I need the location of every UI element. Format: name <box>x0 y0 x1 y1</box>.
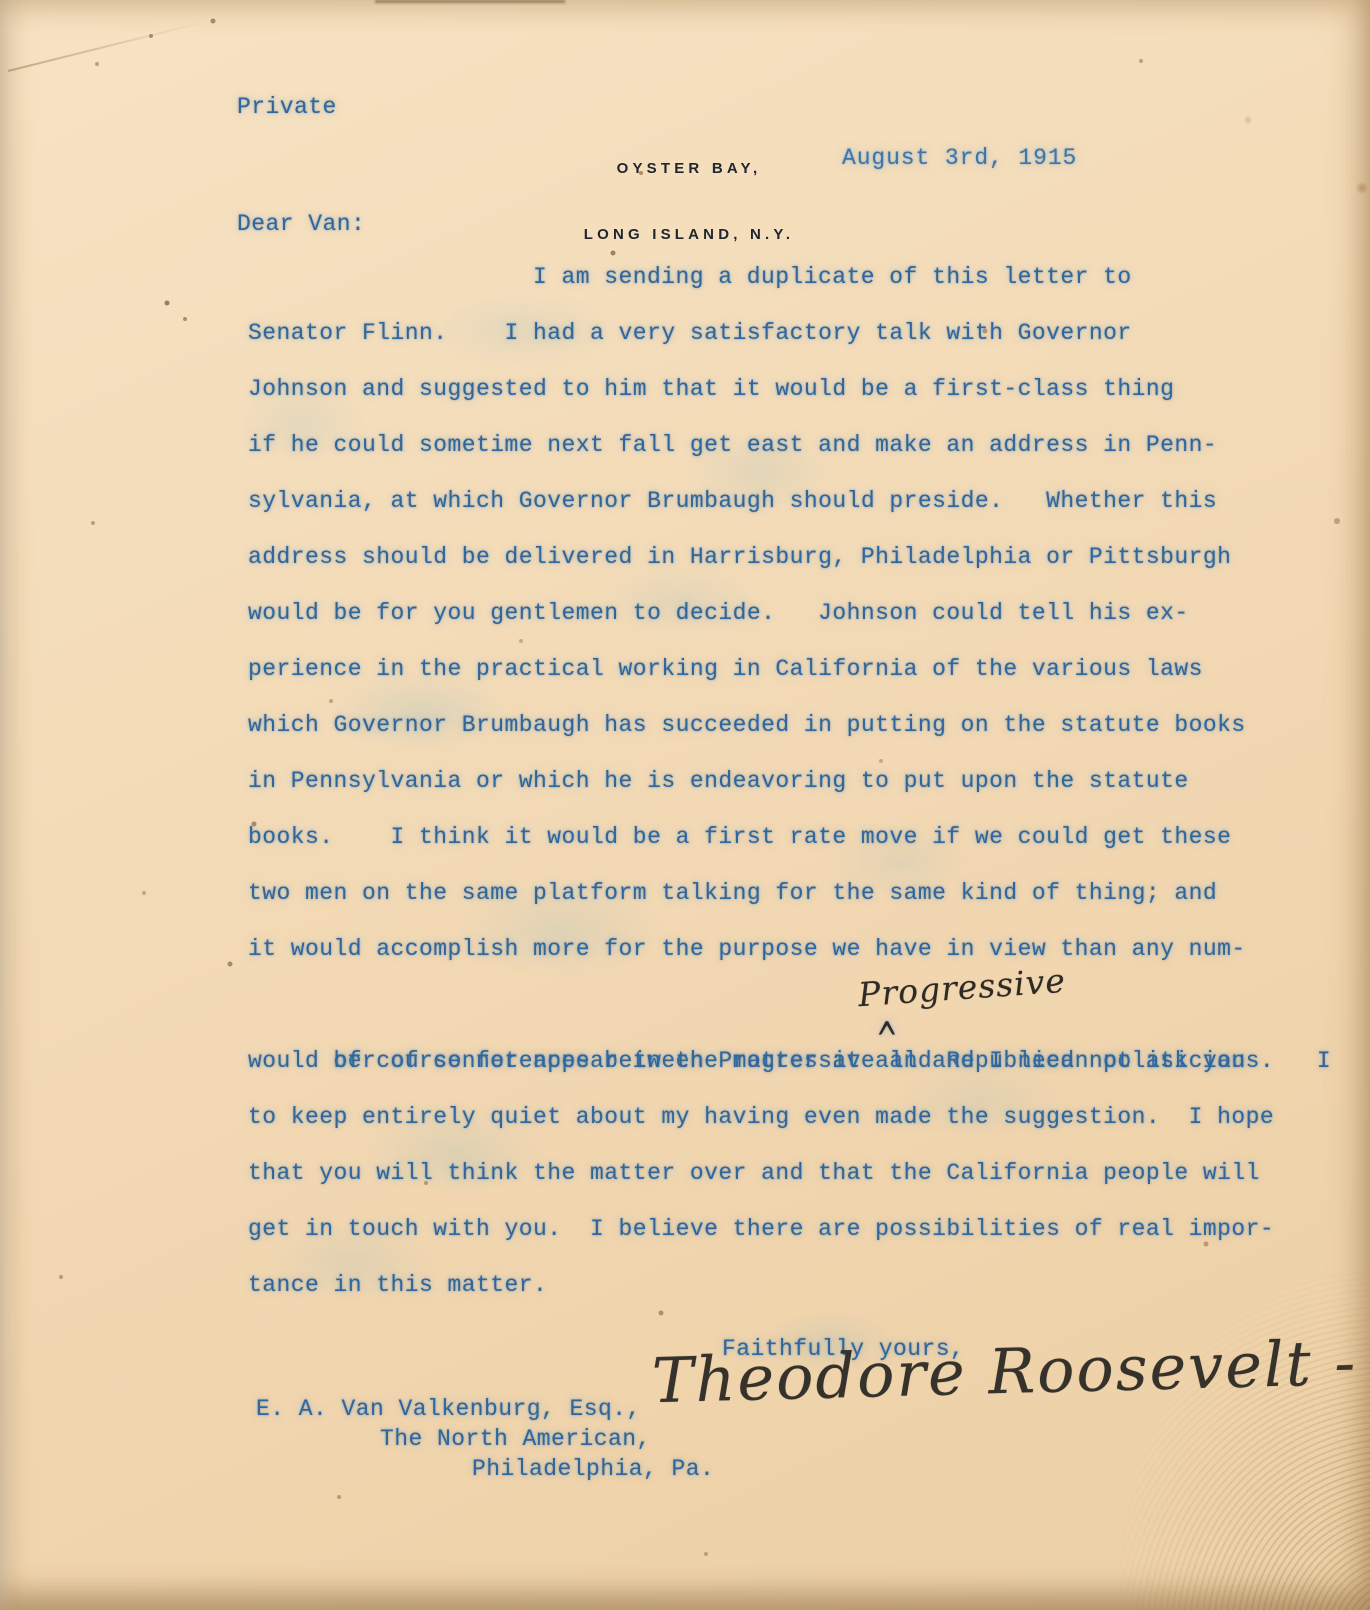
body-line: if he could sometime next fall get east … <box>248 417 1331 473</box>
salutation: Dear Van: <box>237 209 365 239</box>
body-line: sylvania, at which Governor Brumbaugh sh… <box>248 473 1331 529</box>
body-line: books. I think it would be a first rate … <box>248 809 1331 865</box>
recipient-city: Philadelphia, Pa. <box>256 1454 714 1484</box>
letterhead-line-2: LONG ISLAND, N.Y. <box>584 224 795 246</box>
body-line-with-insertion: ber of conferences between Progressive a… <box>248 977 1331 1033</box>
body-line: tance in this matter. <box>248 1257 1331 1313</box>
body-line: would be for you gentlemen to decide. Jo… <box>248 585 1331 641</box>
body-line: two men on the same platform talking for… <box>248 865 1331 921</box>
foxing-speckles <box>0 0 2 2</box>
top-edge-mark <box>375 0 565 3</box>
letter-page: Private OYSTER BAY, LONG ISLAND, N.Y. Au… <box>0 0 1370 1610</box>
recipient-block: E. A. Van Valkenburg, Esq., The North Am… <box>256 1394 714 1484</box>
body-line: Senator Flinn. I had a very satisfactory… <box>248 305 1331 361</box>
letterhead-line-1: OYSTER BAY, <box>584 158 795 180</box>
recipient-name: E. A. Van Valkenburg, Esq., <box>256 1394 714 1424</box>
signature-script: Theodore Roosevelt - <box>651 1313 1359 1431</box>
crease-line <box>8 22 203 72</box>
letter-body: I am sending a duplicate of this letter … <box>248 249 1331 1313</box>
body-line: in Pennsylvania or which he is endeavori… <box>248 753 1331 809</box>
body-line: to keep entirely quiet about my having e… <box>248 1089 1331 1145</box>
body-line: that you will think the matter over and … <box>248 1145 1331 1201</box>
body-line: Johnson and suggested to him that it wou… <box>248 361 1331 417</box>
body-line: perience in the practical working in Cal… <box>248 641 1331 697</box>
body-line: which Governor Brumbaugh has succeeded i… <box>248 697 1331 753</box>
date-line: August 3rd, 1915 <box>842 143 1077 173</box>
body-line: address should be delivered in Harrisbur… <box>248 529 1331 585</box>
privacy-label: Private <box>237 92 337 122</box>
body-line: I am sending a duplicate of this letter … <box>248 249 1331 305</box>
body-line: get in touch with you. I believe there a… <box>248 1201 1331 1257</box>
body-line: would of course not appear in the matter… <box>248 1033 1331 1089</box>
body-line: it would accomplish more for the purpose… <box>248 921 1331 977</box>
recipient-organization: The North American, <box>256 1424 714 1454</box>
